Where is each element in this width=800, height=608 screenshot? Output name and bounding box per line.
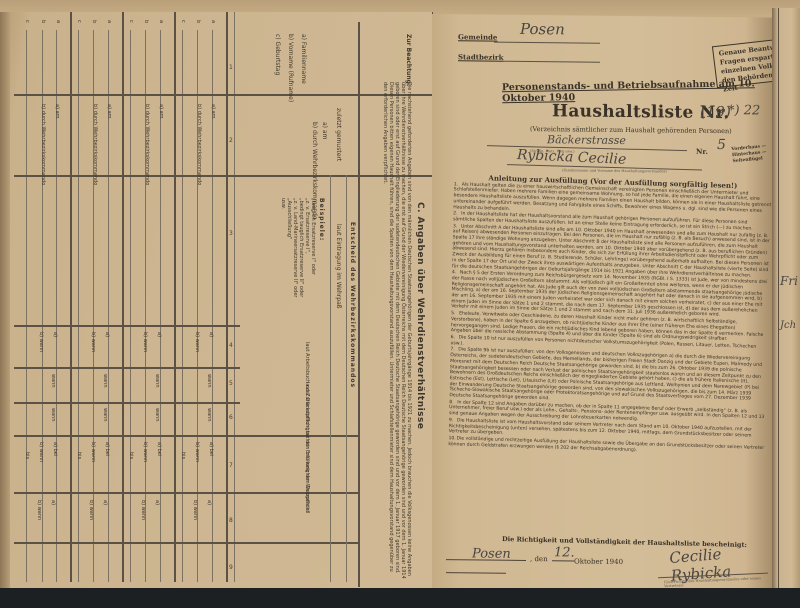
header-zurueckstellung: laut Zurückstellungsschein — [304, 382, 310, 449]
cell-label: a) bei — [52, 442, 58, 456]
column-divider — [122, 12, 124, 582]
date-day-value: 12. — [554, 545, 575, 560]
cell-label: a) — [50, 500, 56, 505]
sub-label-a: a — [210, 20, 216, 23]
header-geburtstag: c) Geburtstag — [274, 34, 281, 75]
row-divider — [14, 367, 240, 369]
cell-label: b) wann — [142, 332, 148, 352]
cell-label: wann — [102, 408, 108, 422]
header-am: a) am — [321, 122, 328, 139]
house-no-label: Nr. — [696, 147, 708, 156]
header-familienname: a) Familienname — [300, 34, 307, 84]
examples-title: Beispiele: — [318, 198, 325, 241]
cell-label: b) wann — [192, 500, 198, 520]
list-number: (19) — [700, 103, 731, 121]
cell-label: b) durch Wehrbezirkskommando — [144, 104, 150, 185]
cell-label: b) durch Wehrbezirkskommando — [40, 104, 46, 185]
cell-label: b) wann — [38, 332, 44, 352]
cell-label: wann — [102, 374, 108, 388]
field-rule — [494, 42, 600, 44]
header-wehrbezirkskommando: Entscheid des Wehrbezirkskommandos — [349, 222, 356, 388]
example-item: „tauglich Ersatzreserve I“ oder — [310, 198, 316, 275]
column-divider — [234, 12, 235, 582]
inner-rule — [130, 30, 131, 582]
remark-text: Die nachstehend geforderten Angaben sind… — [372, 82, 412, 582]
column-number: 7 — [229, 462, 233, 469]
example-item: „bedingt tauglich Ersatzreserve II“ oder — [298, 198, 304, 297]
cell-label: wann — [50, 374, 56, 388]
census-headline: Personenstands- und Betriebsaufnahme am … — [502, 78, 772, 104]
handwriting-fragment: Fri — [780, 274, 798, 288]
sub-label-a: a — [55, 20, 61, 23]
cell-label: b) wann — [142, 442, 148, 462]
field-rule — [502, 61, 600, 63]
column-number: 2 — [229, 137, 233, 144]
cell-label: wann — [206, 408, 212, 422]
cell-label: a) — [208, 332, 214, 337]
stadtbezirk-label: Stadtbezirk — [458, 52, 503, 61]
row-divider — [14, 94, 434, 96]
house-no-value: 5 — [717, 137, 726, 153]
cell-label: b) wann — [90, 442, 96, 462]
remark-label: Zur Beachtung: — [405, 34, 412, 86]
header-laut-wehrpass: laut Eintragung im Wehrpaß — [335, 224, 342, 309]
example-item: „z. v. Land-Marineersatzreserve II“ oder — [292, 198, 298, 297]
row-divider — [14, 325, 240, 327]
sub-label-b: b — [143, 20, 149, 23]
binding-strip — [0, 12, 10, 592]
instruction-item: 7.Die Spalte 9b ist nur auszufüllen: von… — [449, 348, 768, 409]
column-number: 5 — [229, 380, 233, 387]
example-item: „z. v. Ersatzreserve I“, — [304, 198, 310, 254]
cell-label: bis — [76, 452, 82, 459]
cell-label: a) — [102, 500, 108, 505]
cell-label: bis — [24, 452, 30, 459]
header-vorname: b) Vorname (Rufname) — [287, 34, 294, 102]
cell-label: b) wann — [194, 332, 200, 352]
cell-label: bis — [180, 452, 186, 459]
column-divider — [70, 12, 72, 582]
handwriting-fragment: Jch — [780, 320, 796, 331]
sub-label-b: b — [195, 20, 201, 23]
column-number: 6 — [229, 414, 233, 421]
gemeinde-label: Gemeinde — [458, 32, 497, 41]
left-page-section-c: c b a c b a c b a c b a a) am b) durch W… — [0, 12, 432, 592]
gemeinde-value: Posen — [520, 20, 565, 38]
cell-label: a) bei — [156, 442, 162, 456]
sub-label-b: b — [40, 20, 46, 23]
field-rule — [446, 572, 506, 574]
page-edge — [778, 8, 779, 608]
head-name-caption: (Familienname und Vorname des Haushaltun… — [562, 168, 667, 173]
column-number: 9 — [229, 564, 233, 571]
document-scan: c b a c b a c b a c b a a) am b) durch W… — [0, 0, 800, 608]
cell-label: wann — [50, 408, 56, 422]
column-number: 8 — [229, 517, 233, 524]
cell-label: bis — [128, 452, 134, 459]
column-divider — [174, 12, 176, 582]
cell-label: b) durch Wehrbezirkskommando — [196, 104, 202, 185]
list-number-suffix: *) 22 — [728, 103, 760, 118]
sub-label-c: c — [24, 20, 30, 23]
row-divider — [14, 402, 240, 404]
street-value: Bäckerstrasse — [547, 133, 626, 147]
cell-label: a) — [206, 500, 212, 505]
cell-label: b) wann — [36, 500, 42, 520]
next-page-edge: Fri Jch — [772, 8, 800, 608]
instructions-block: Anleitung zur Ausfüllung (Vor der Ausfül… — [448, 174, 772, 458]
cell-label: a) am — [158, 104, 164, 119]
cell-label: a) bei — [208, 442, 214, 456]
column-number: 1 — [229, 64, 233, 71]
cell-label: b) wann — [90, 332, 96, 352]
inner-rule — [26, 30, 27, 582]
column-number: 4 — [229, 342, 233, 349]
cell-label: b) wann — [194, 442, 200, 462]
column-divider — [358, 22, 360, 587]
sub-label-b: b — [91, 20, 97, 23]
scanner-background — [0, 588, 800, 608]
column-divider — [226, 12, 228, 582]
header-truppenteil: bei welchem Truppenteil — [304, 452, 310, 513]
cell-label: a) am — [210, 104, 216, 119]
cell-label: a) am — [54, 104, 60, 119]
instruction-text: Unter Abschnitt A der Haushaltsliste sin… — [452, 224, 770, 278]
inner-rule — [78, 30, 79, 582]
cell-label: wann — [154, 408, 160, 422]
field-rule — [552, 560, 574, 561]
sub-label-a: a — [106, 20, 112, 23]
sub-label-a: a — [158, 20, 164, 23]
cell-label: b) wann — [140, 500, 146, 520]
inner-rule — [346, 175, 347, 582]
sub-label-c: c — [128, 20, 134, 23]
building-label: Vorderhaus — Hinterhaus — Seitenflügel — [731, 144, 773, 166]
instruction-text: Nach § 5 der Ersten Verordnung zum Reich… — [451, 271, 767, 318]
cell-label: a) — [154, 500, 160, 505]
sub-label-c: c — [180, 20, 186, 23]
instruction-text: Die Spalte 9b ist nur auszufüllen: von d… — [449, 348, 762, 402]
cell-label: a) — [52, 332, 58, 337]
cell-label: wann — [154, 374, 160, 388]
column-number: 3 — [229, 230, 233, 237]
cell-label: a) — [156, 332, 162, 337]
date-prefix: , den — [530, 555, 548, 563]
section-c-title: C. Angaben über Wehrdienstverhältnisse — [415, 202, 425, 430]
row-divider — [14, 542, 360, 544]
right-page-haushaltsliste: Gemeinde Posen Stadtbezirk Genaue Beantw… — [432, 14, 772, 602]
cell-label: b) wann — [38, 442, 44, 462]
row-divider — [14, 175, 434, 177]
header-zuletzt-gemustert: zuletzt gemustert — [335, 108, 342, 161]
example-item: „Ausschließung“ — [286, 198, 292, 240]
cell-label: b) durch Wehrbezirkskommando — [92, 104, 98, 185]
cell-label: a) — [104, 332, 110, 337]
cell-label: a) bei — [104, 442, 110, 456]
date-month-year: Oktober 1940 — [574, 557, 623, 566]
inner-rule — [330, 175, 331, 582]
example-item: usw. — [280, 198, 286, 209]
cell-label: wann — [206, 374, 212, 388]
cell-label: b) wann — [88, 500, 94, 520]
inner-rule — [182, 30, 183, 582]
cell-label: a) am — [106, 104, 112, 119]
sub-label-c: c — [76, 20, 82, 23]
